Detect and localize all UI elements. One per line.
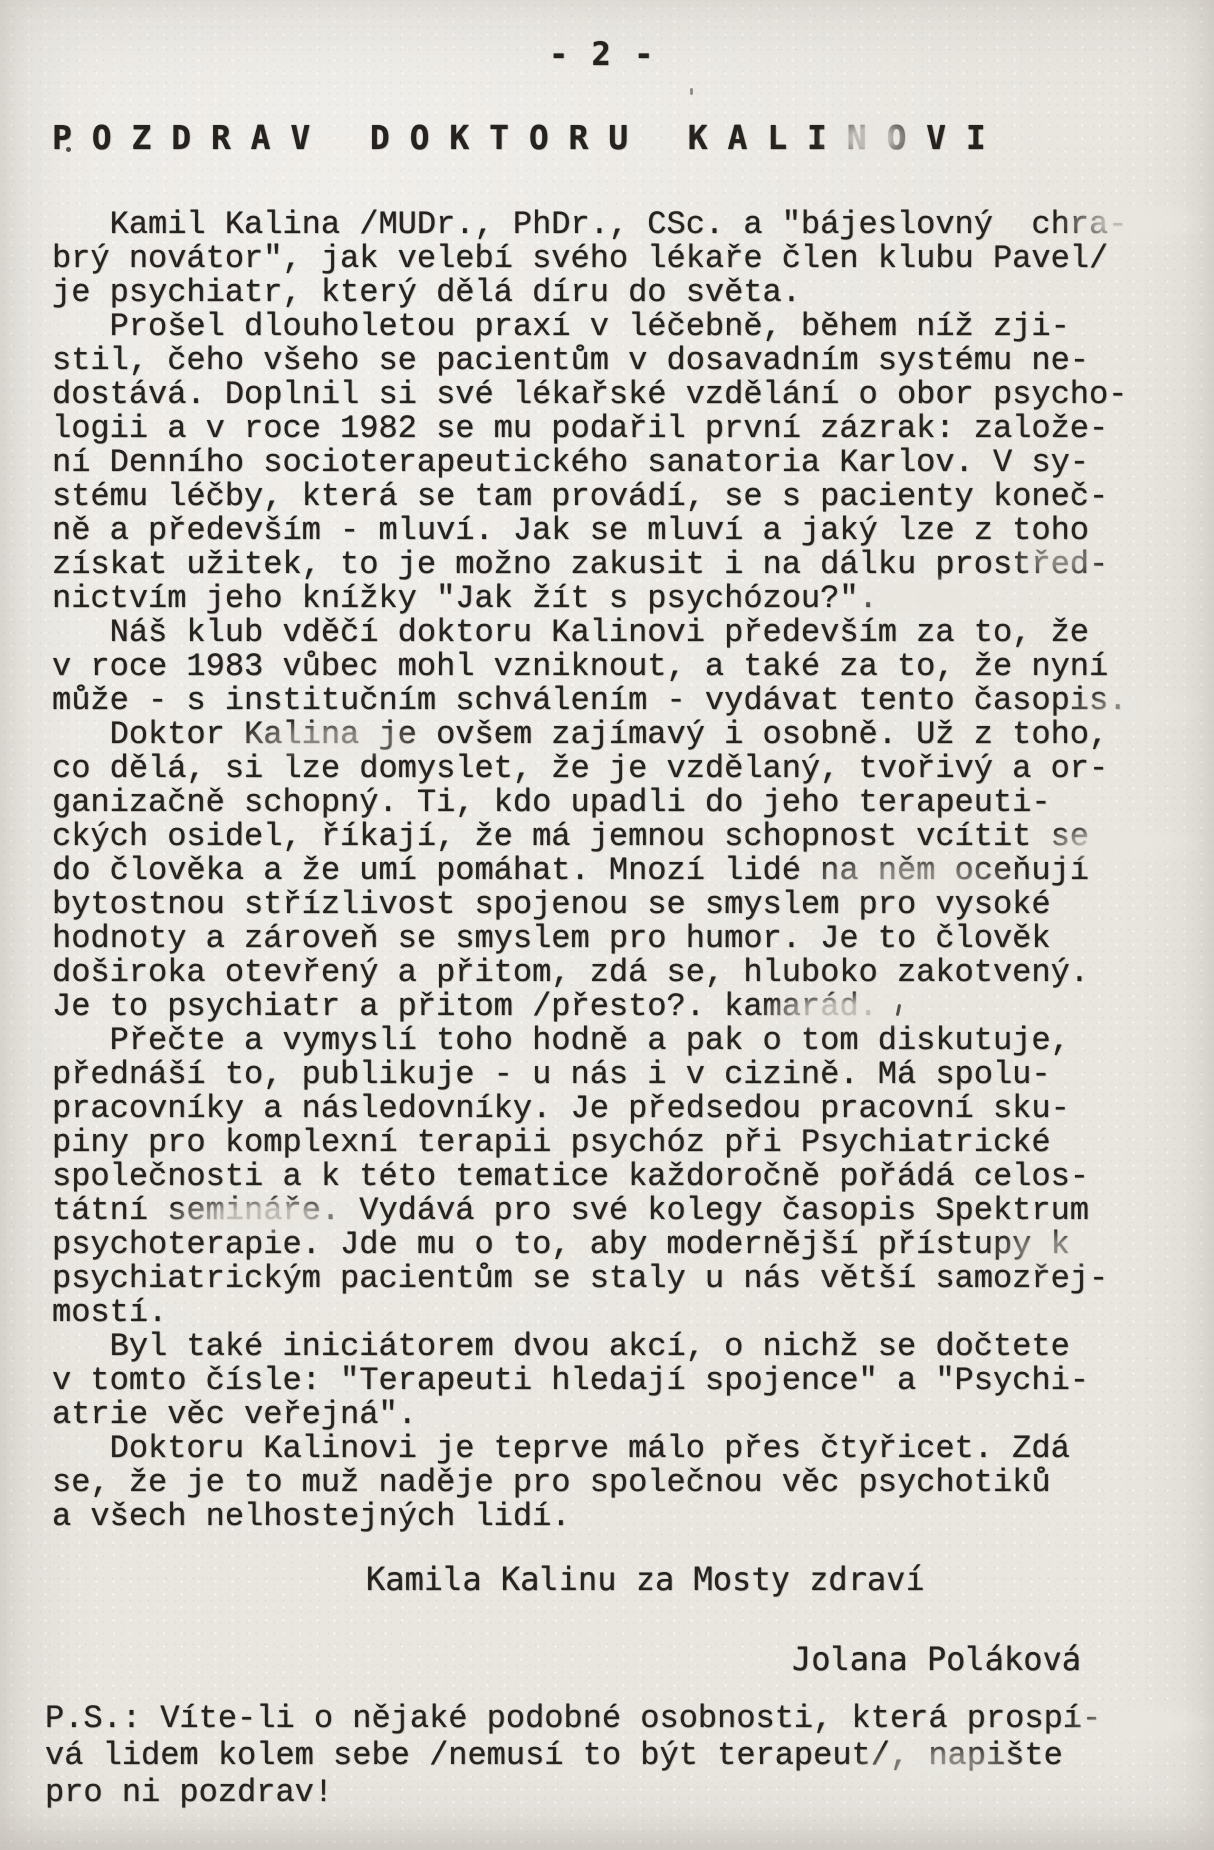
author-name: Jolana Poláková xyxy=(792,1641,1081,1677)
scanned-document-page: - 2 - P O Z D R A V D O K T O R U K A L … xyxy=(0,0,1214,1850)
signature-line: Kamila Kalinu za Mosty zdraví xyxy=(366,1561,925,1597)
page-number: - 2 - xyxy=(549,36,655,72)
postscript-text: P.S.: Víte-li o nějaké podobné osobnosti… xyxy=(45,1700,1101,1811)
article-body: Kamil Kalina /MUDr., PhDr., CSc. a "báje… xyxy=(52,208,1127,1534)
article-title: P O Z D R A V D O K T O R U K A L I N O … xyxy=(52,118,986,158)
ink-speck xyxy=(690,88,693,95)
